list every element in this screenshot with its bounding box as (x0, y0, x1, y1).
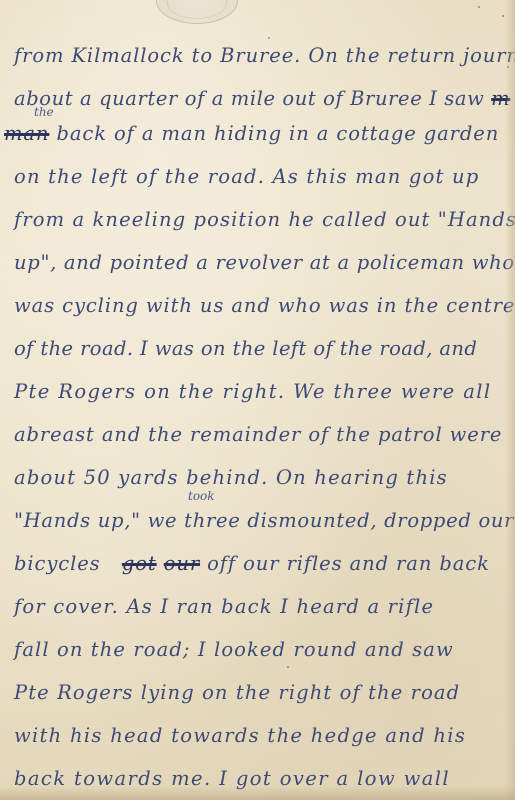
paper-edge-shadow-bottom (0, 786, 515, 800)
text-line-14: for cover. As I ran back I heard a rifle (14, 595, 514, 619)
text-line-16: Pte Rogers lying on the right of the roa… (14, 681, 514, 705)
text-line-5: from a kneeling position he called out "… (14, 208, 514, 232)
struck-word: got (122, 552, 157, 575)
seal-inner-ring (167, 0, 227, 19)
struck-word: man (4, 122, 49, 145)
ink-speck (502, 15, 504, 17)
text-line-17: with his head towards the hedge and his (14, 724, 514, 748)
text-line-13: bicycles got our off our rifles and ran … (14, 552, 514, 576)
text-line-9: Pte Rogers on the right. We three were a… (14, 380, 514, 404)
text-line-8: of the road. I was on the left of the ro… (14, 337, 514, 361)
text-line-3: man back of a man hiding in a cottage ga… (4, 122, 504, 146)
text-line-12: "Hands up," we three dismounted, dropped… (14, 509, 514, 533)
ink-speck (287, 666, 289, 668)
text-line-15: fall on the road; I looked round and saw (14, 638, 514, 662)
insertion-above-line-3: the (34, 106, 54, 118)
text-line-1: from Kilmallock to Bruree. On the return… (14, 44, 514, 68)
manuscript-page: from Kilmallock to Bruree. On the return… (0, 0, 515, 800)
text-line-10: abreast and the remainder of the patrol … (14, 423, 514, 447)
text-line-11: about 50 yards behind. On hearing this (14, 466, 514, 490)
text-line-2: about a quarter of a mile out of Bruree … (14, 87, 514, 111)
text-line-6: up", and pointed a revolver at a policem… (14, 251, 514, 275)
insertion-above-line-13: took (188, 490, 215, 502)
ink-speck (478, 6, 480, 8)
struck-word: our (164, 552, 200, 575)
embossed-seal (156, 0, 238, 24)
ink-speck (268, 37, 270, 39)
paper-edge-shadow-right (505, 0, 515, 800)
text-line-7: was cycling with us and who was in the c… (14, 294, 514, 318)
text-line-4: on the left of the road. As this man got… (14, 165, 514, 189)
